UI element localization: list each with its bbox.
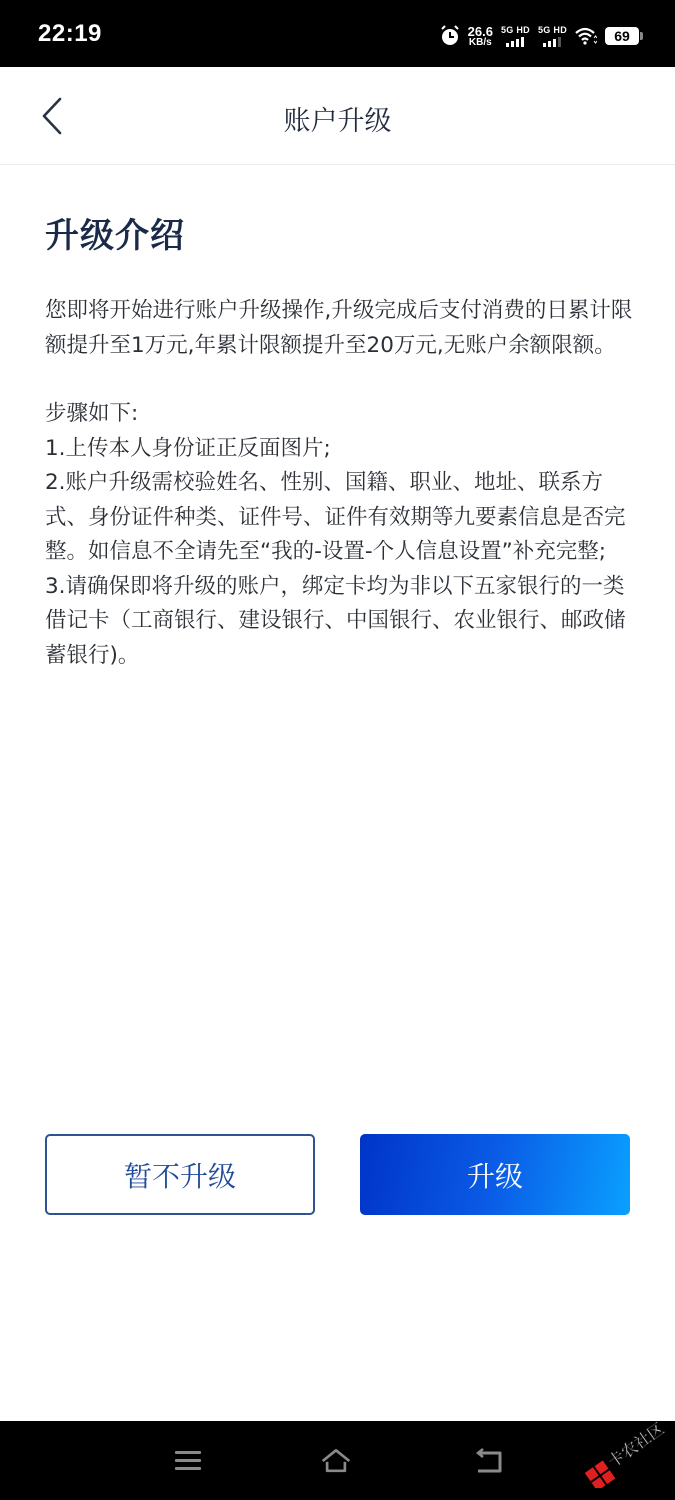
sim2-signal-icon: 5G HD	[538, 26, 567, 47]
section-title: 升级介绍	[45, 210, 635, 262]
app-header: 账户升级	[0, 67, 675, 165]
home-icon[interactable]	[320, 1447, 352, 1475]
network-speed: 26.6 KB/s	[468, 25, 493, 48]
page-title: 账户升级	[0, 99, 675, 138]
action-buttons: 暂不升级 升级	[45, 1134, 630, 1215]
step-item: 3.请确保即将升级的账户，绑定卡均为非以下五家银行的一类借记卡（工商银行、建设银…	[45, 570, 635, 674]
back-icon[interactable]	[472, 1447, 504, 1475]
skip-upgrade-button[interactable]: 暂不升级	[45, 1134, 315, 1215]
step-item: 2.账户升级需校验姓名、性别、国籍、职业、地址、联系方式、身份证件种类、证件号、…	[45, 466, 635, 570]
alarm-clock-icon	[440, 25, 460, 47]
status-bar: 22:19 26.6 KB/s 5G HD 5G HD 69	[0, 0, 675, 67]
step-item: 1.上传本人身份证正反面图片;	[45, 432, 635, 467]
battery-icon: 69	[605, 27, 639, 45]
svg-text:卡农社区: 卡农社区	[604, 1419, 667, 1471]
upgrade-button[interactable]: 升级	[360, 1134, 630, 1215]
status-icons: 26.6 KB/s 5G HD 5G HD 69	[440, 22, 639, 50]
sim1-signal-icon: 5G HD	[501, 26, 530, 47]
steps-list: 步骤如下: 1.上传本人身份证正反面图片; 2.账户升级需校验姓名、性别、国籍、…	[45, 397, 635, 673]
wifi-icon	[575, 27, 597, 45]
steps-heading: 步骤如下:	[45, 397, 635, 432]
upgrade-intro-content: 升级介绍 您即将开始进行账户升级操作,升级完成后支付消费的日累计限额提升至1万元…	[45, 210, 635, 673]
watermark-logo-icon: 卡农社区	[572, 1418, 672, 1488]
menu-icon[interactable]	[173, 1447, 205, 1475]
intro-paragraph: 您即将开始进行账户升级操作,升级完成后支付消费的日累计限额提升至1万元,年累计限…	[45, 294, 635, 363]
status-time: 22:19	[38, 20, 102, 48]
